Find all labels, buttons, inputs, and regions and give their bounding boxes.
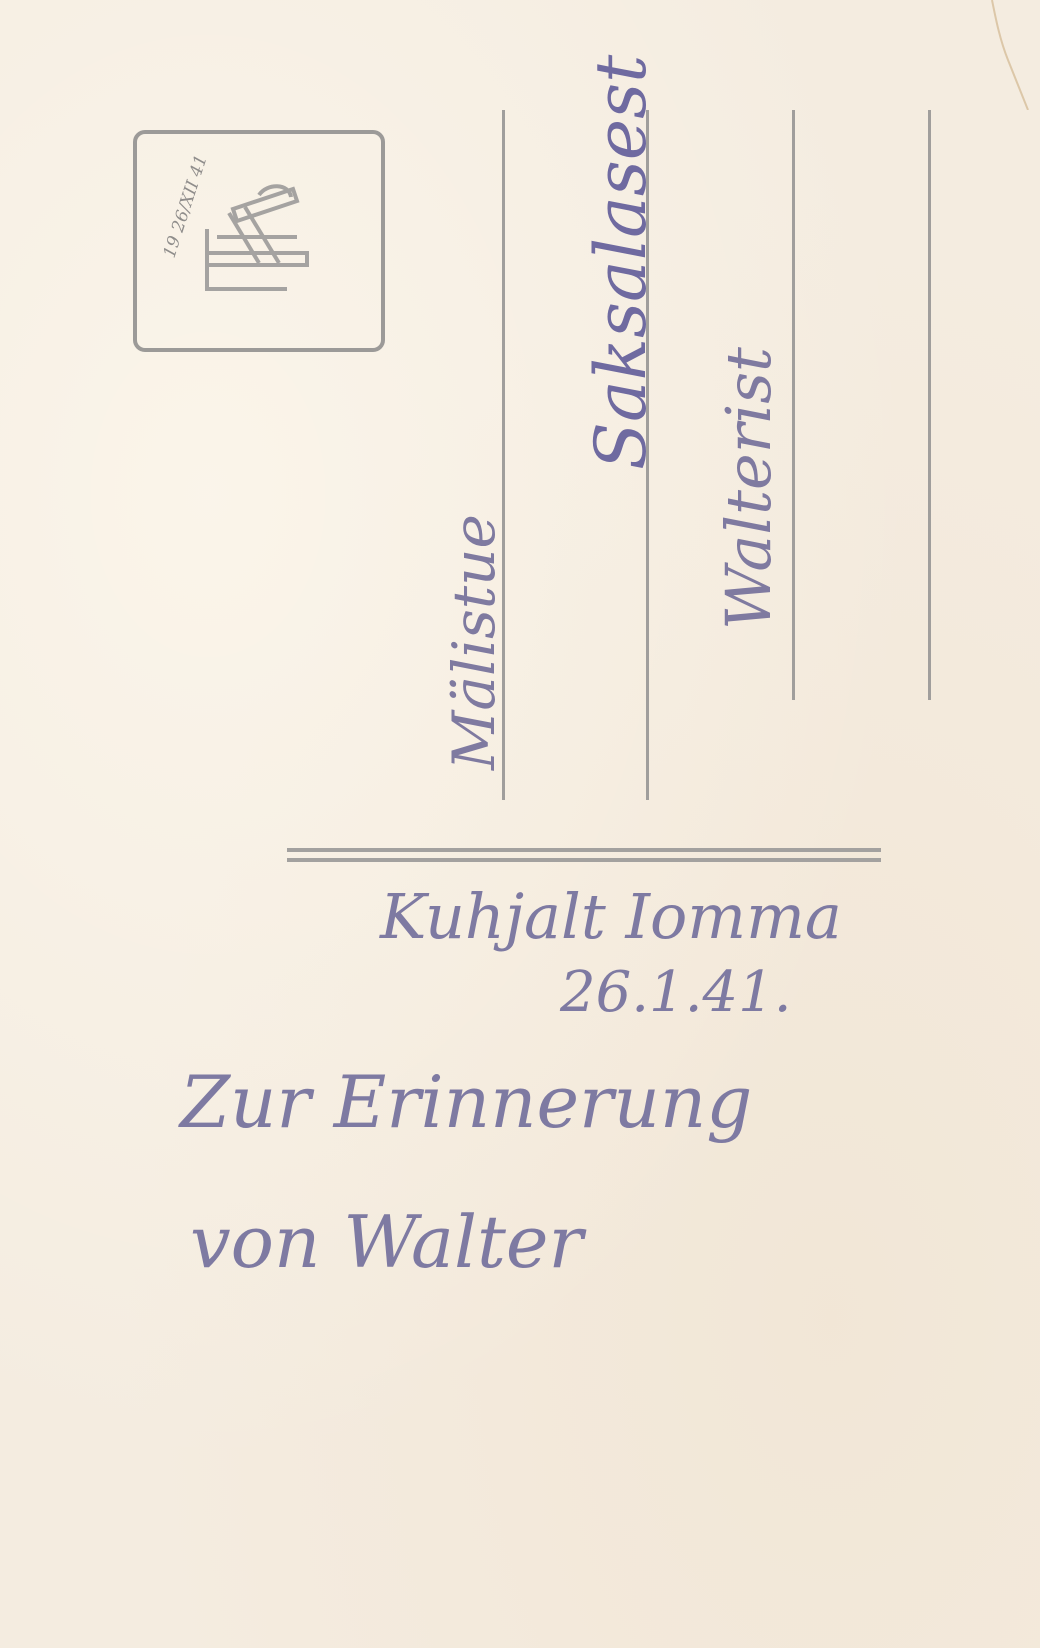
divider-top — [287, 848, 881, 852]
address-line-4 — [928, 110, 931, 700]
message-line-1: Zur Erinnerung — [180, 1060, 752, 1144]
message-line-2: von Walter — [190, 1200, 583, 1284]
address-text-3: Walterist — [712, 347, 785, 630]
stamp-box: 19 26/XII 41 — [133, 130, 385, 352]
divider-bottom — [287, 858, 881, 862]
address-line-3 — [792, 110, 795, 700]
stamp-date: 19 26/XII 41 — [160, 188, 201, 261]
postcard-back: 19 26/XII 41 Mälistue Saksalasest Walter… — [0, 0, 1040, 1648]
address-text-2: Saksalasest — [580, 55, 662, 470]
message-date: 26.1.41. — [560, 960, 792, 1025]
ltk-logo-icon — [197, 179, 317, 299]
paper-crease — [990, 0, 1030, 110]
address-text-1: Mälistue — [440, 514, 508, 770]
message-place: Kuhjalt Iomma — [380, 880, 842, 953]
